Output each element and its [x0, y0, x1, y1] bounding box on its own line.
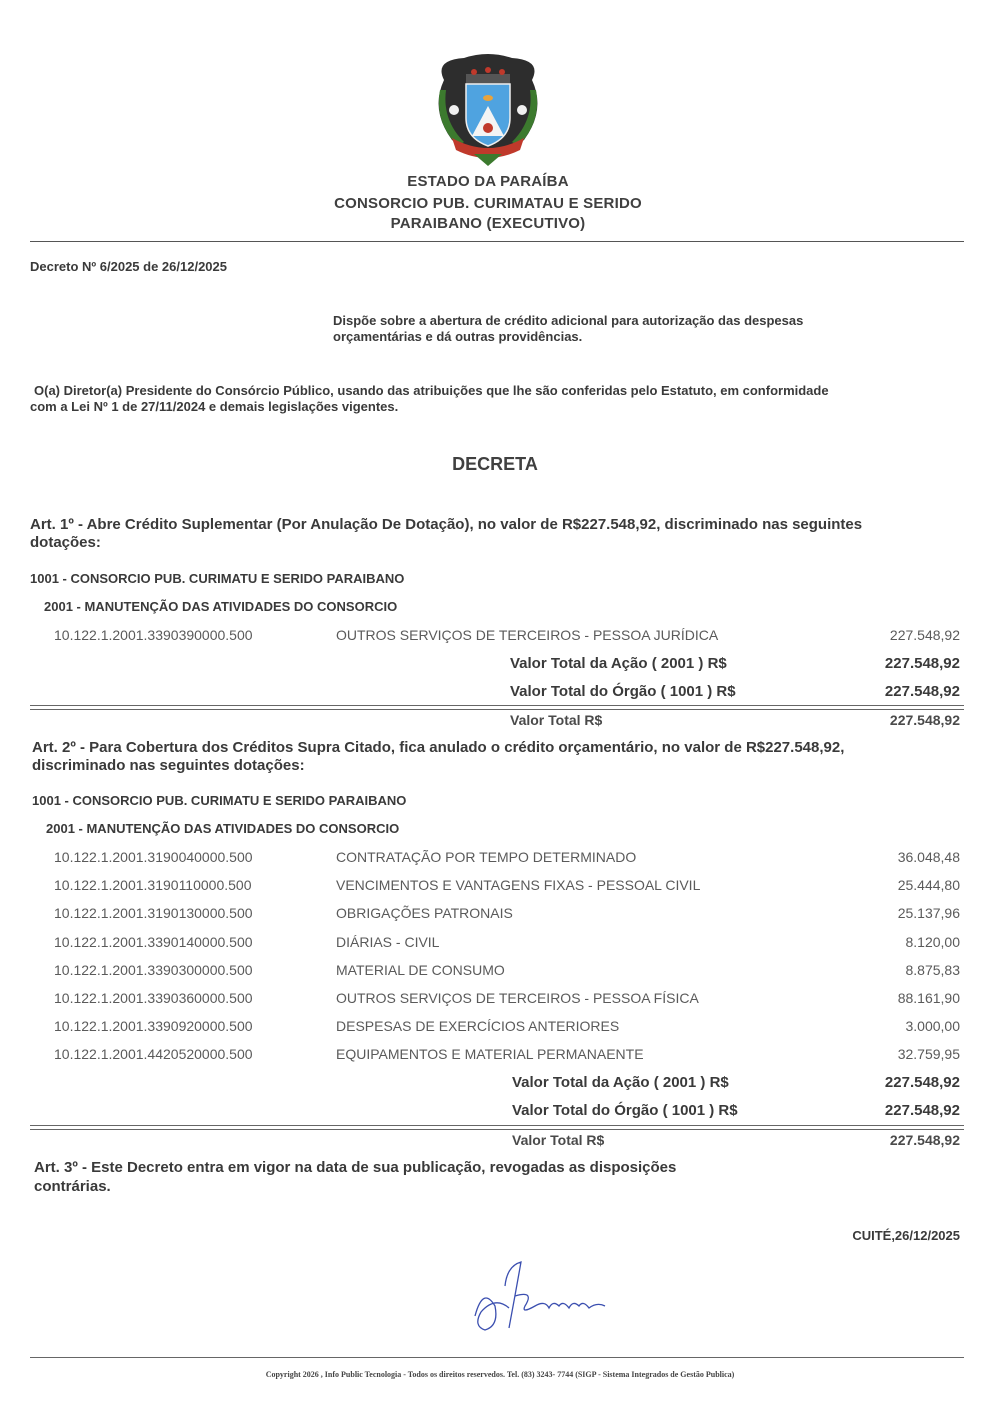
- table-row: 10.122.1.2001.3190040000.500CONTRATAÇÃO …: [30, 849, 960, 869]
- row-value: 25.137,96: [898, 905, 960, 921]
- art2-total-organ: Valor Total do Órgão ( 1001 ) R$ 227.548…: [30, 1102, 960, 1124]
- row-code: 10.122.1.2001.3390920000.500: [54, 1018, 253, 1034]
- row-value: 88.161,90: [898, 990, 960, 1006]
- row-code: 10.122.1.2001.3390360000.500: [54, 990, 253, 1006]
- decree-summary-line1: Dispõe sobre a abertura de crédito adici…: [333, 313, 803, 328]
- art1-total-action: Valor Total da Ação ( 2001 ) R$ 227.548,…: [30, 655, 960, 677]
- row-value: 227.548,92: [890, 627, 960, 643]
- art2-total-divider: [30, 1125, 964, 1130]
- art2-total-action: Valor Total da Ação ( 2001 ) R$ 227.548,…: [30, 1074, 960, 1096]
- municipal-coat-of-arms-icon: [424, 50, 552, 170]
- row-desc: OUTROS SERVIÇOS DE TERCEIROS - PESSOA FÍ…: [336, 990, 699, 1006]
- art3-text-line1: Art. 3º - Este Decreto entra em vigor na…: [34, 1159, 676, 1176]
- row-value: 25.444,80: [898, 877, 960, 893]
- row-desc: DIÁRIAS - CIVIL: [336, 934, 439, 950]
- decreta-heading: DECRETA: [0, 454, 990, 475]
- table-row: 10.122.1.2001.4420520000.500EQUIPAMENTOS…: [30, 1046, 960, 1066]
- art1-organ: 1001 - CONSORCIO PUB. CURIMATU E SERIDO …: [30, 571, 404, 586]
- table-row: 10.122.1.2001.3390390000.500 OUTROS SERV…: [30, 627, 960, 647]
- row-code: 10.122.1.2001.3390300000.500: [54, 962, 253, 978]
- row-value: 32.759,95: [898, 1046, 960, 1062]
- row-desc: EQUIPAMENTOS E MATERIAL PERMANAENTE: [336, 1046, 644, 1062]
- table-row: 10.122.1.2001.3390920000.500DESPESAS DE …: [30, 1018, 960, 1038]
- preamble-line1: O(a) Diretor(a) Presidente do Consórcio …: [34, 383, 829, 398]
- art2-action: 2001 - MANUTENÇÃO DAS ATIVIDADES DO CONS…: [46, 821, 399, 836]
- table-row: 10.122.1.2001.3390360000.500OUTROS SERVI…: [30, 990, 960, 1010]
- row-value: 8.875,83: [906, 962, 961, 978]
- consortium-name: CONSORCIO PUB. CURIMATAU E SERIDO: [0, 195, 976, 212]
- art1-total-organ: Valor Total do Órgão ( 1001 ) R$ 227.548…: [30, 683, 960, 705]
- footer-divider: [30, 1357, 964, 1358]
- art2-text-line2: discriminado nas seguintes dotações:: [32, 757, 305, 774]
- row-desc: OUTROS SERVIÇOS DE TERCEIROS - PESSOA JU…: [336, 627, 718, 643]
- table-row: 10.122.1.2001.3390140000.500DIÁRIAS - CI…: [30, 934, 960, 954]
- table-row: 10.122.1.2001.3390300000.500MATERIAL DE …: [30, 962, 960, 982]
- row-code: 10.122.1.2001.4420520000.500: [54, 1046, 253, 1062]
- row-code: 10.122.1.2001.3190130000.500: [54, 905, 253, 921]
- table-row: 10.122.1.2001.3190130000.500OBRIGAÇÕES P…: [30, 905, 960, 925]
- art1-action: 2001 - MANUTENÇÃO DAS ATIVIDADES DO CONS…: [44, 599, 397, 614]
- art1-total-divider: [30, 705, 964, 710]
- art2-organ: 1001 - CONSORCIO PUB. CURIMATU E SERIDO …: [32, 793, 406, 808]
- row-code: 10.122.1.2001.3390140000.500: [54, 934, 253, 950]
- preamble-line2: com a Lei Nº 1 de 27/11/2024 e demais le…: [30, 399, 398, 414]
- art2-grand-total: Valor Total R$ 227.548,92: [30, 1132, 960, 1152]
- art1-text-line1: Art. 1º - Abre Crédito Suplementar (Por …: [30, 516, 862, 533]
- handwritten-signature-icon: [465, 1256, 615, 1336]
- art1-grand-total: Valor Total R$ 227.548,92: [30, 712, 960, 732]
- row-desc: CONTRATAÇÃO POR TEMPO DETERMINADO: [336, 849, 636, 865]
- table-row: 10.122.1.2001.3190110000.500VENCIMENTOS …: [30, 877, 960, 897]
- footer-copyright: Copyright 2026 , Info Public Tecnologia …: [0, 1370, 1000, 1379]
- state-name: ESTADO DA PARAÍBA: [0, 173, 976, 190]
- art2-text-line1: Art. 2º - Para Cobertura dos Créditos Su…: [32, 739, 844, 756]
- decree-summary-line2: orçamentárias e dá outras providências.: [333, 329, 582, 344]
- row-desc: DESPESAS DE EXERCÍCIOS ANTERIORES: [336, 1018, 619, 1034]
- row-code: 10.122.1.2001.3390390000.500: [54, 627, 253, 643]
- row-code: 10.122.1.2001.3190040000.500: [54, 849, 253, 865]
- row-value: 36.048,48: [898, 849, 960, 865]
- decree-number: Decreto Nº 6/2025 de 26/12/2025: [30, 259, 227, 274]
- row-desc: VENCIMENTOS E VANTAGENS FIXAS - PESSOAL …: [336, 877, 700, 893]
- place-date: CUITÉ,26/12/2025: [852, 1228, 960, 1243]
- art3-text-line2: contrárias.: [34, 1178, 111, 1195]
- row-code: 10.122.1.2001.3190110000.500: [54, 877, 252, 893]
- art1-text-line2: dotações:: [30, 534, 101, 551]
- row-desc: OBRIGAÇÕES PATRONAIS: [336, 905, 513, 921]
- consortium-branch: PARAIBANO (EXECUTIVO): [0, 215, 976, 232]
- header-divider: [30, 241, 964, 242]
- row-desc: MATERIAL DE CONSUMO: [336, 962, 505, 978]
- row-value: 3.000,00: [906, 1018, 961, 1034]
- row-value: 8.120,00: [906, 934, 961, 950]
